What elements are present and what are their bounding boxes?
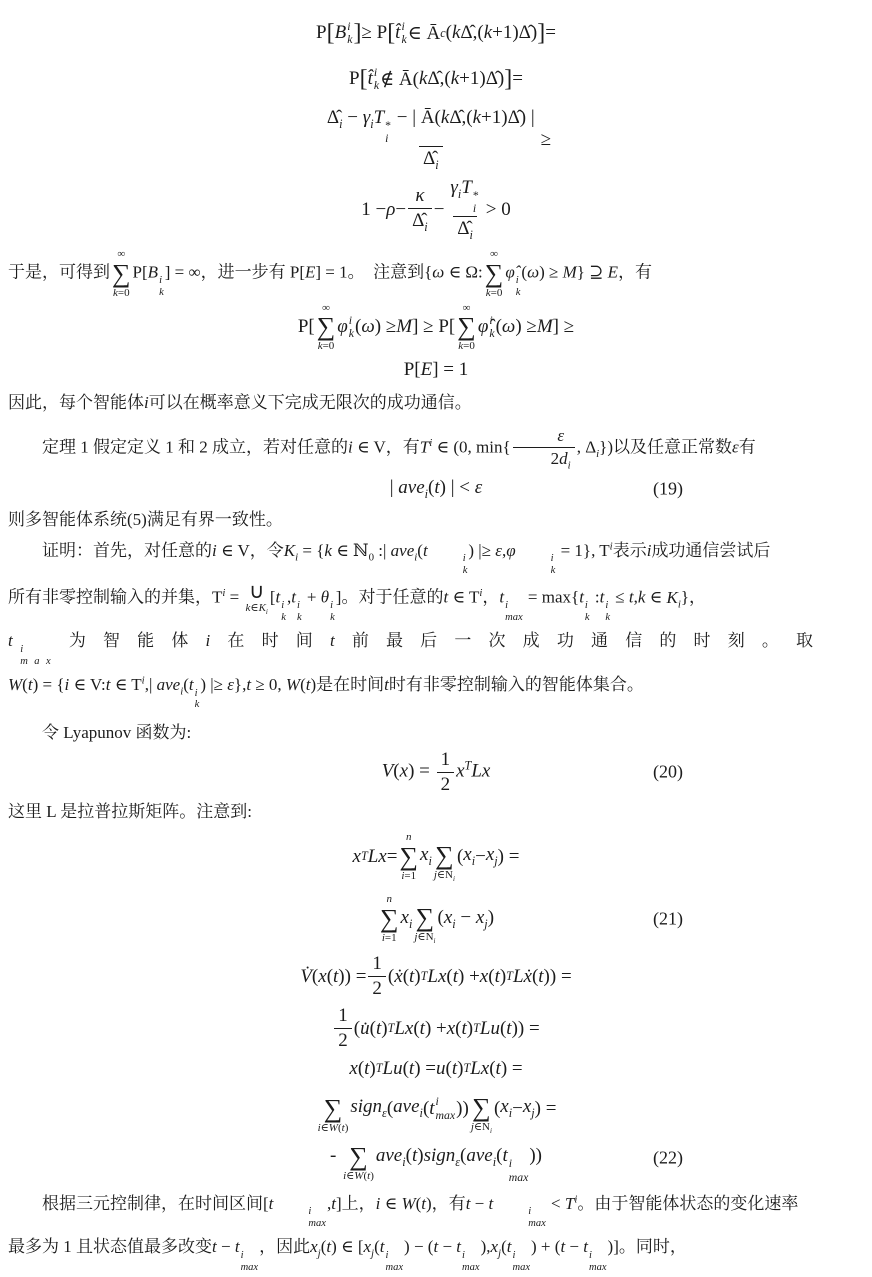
equation-prob-line-3: Δ̂i − γiT*i − | Ā(kΔ̂,(k+1)Δ̂) |Δ̂i ≥ — [8, 102, 864, 178]
paper-page: P[Bik] ≥ P[t̂ik ∈ Āc(kΔ̂,(k+1)Δ̂)] = P[t… — [0, 0, 872, 1273]
equation-phi-line-1: P[∞∑k=0φik(ω) ≥ M] ≥ P[∞∑k=0φ̂ik(ω) ≥ M]… — [8, 299, 864, 355]
paragraph-laplacian: 这里 L 是拉普拉斯矩阵。注意到: — [8, 798, 864, 825]
equation-22-body: - ∑i∈W(t)avei(t)signε(avei(timax)) — [330, 1131, 542, 1183]
equation-19-body: | avei(t) | < ε — [390, 477, 483, 502]
paragraph-union-set: 所有非零控制输入的并集，Ti = ∪k∈Ki[tik,tik + θik]。对于… — [8, 581, 864, 623]
equation-21-line-1: xTLx = n∑i=1xi ∑j∈Ni(xi − xj) = — [8, 826, 864, 888]
equation-prob-line-2: P[t̂ik ∉ Ā(kΔ̂,(k+1)Δ̂)] = — [8, 56, 864, 102]
equation-19-number: (19) — [653, 478, 683, 499]
equation-22-line-3: x(t)TLu(t) = u(t)TLx(t) = — [8, 1054, 864, 1084]
paragraph-theorem-1: 定理 1 假定定义 1 和 2 成立，若对任意的i ∈ V，有Ti ∈ (0, … — [8, 426, 864, 471]
equation-22-line-5: - ∑i∈W(t)avei(t)signε(avei(timax)) (22) — [8, 1134, 864, 1182]
paragraph-tmax: timax 为 智 能 体 i 在 时 间 t 前 最 后 一 次 成 功 通 … — [8, 627, 864, 667]
equation-21-number: (21) — [653, 908, 683, 929]
paragraph-ze: 则多智能体系统(5)满足有界一致性。 — [8, 506, 864, 533]
equation-phi-line-2: P[E] = 1 — [8, 355, 864, 385]
equation-prob-line-4: 1 − ρ − κΔ̂i − γiT*iΔ̂i > 0 — [8, 178, 864, 242]
equation-20: V(x) = 12xTLx (20) — [8, 746, 864, 798]
equation-21-line-2: n∑i=1xi ∑j∈Ni(xi − xj) (21) — [8, 888, 864, 950]
equation-20-body: V(x) = 12xTLx — [382, 749, 491, 796]
paragraph-state-bound: 最多为 1 且状态值最多改变t − timax，因此xj(t) ∈ [xj(ti… — [8, 1233, 864, 1273]
equation-22-line-1: V̇(x(t)) = 12(ẋ(t)TLx(t) + x(t)TLẋ(t))… — [8, 950, 864, 1004]
equation-20-number: (20) — [653, 762, 683, 783]
paragraph-ternary-control: 根据三元控制律，在时间区间[timax,t]上，i ∈ W(t)，有t − ti… — [8, 1190, 864, 1230]
equation-19: | avei(t) | < ε (19) — [8, 472, 864, 506]
paragraph-yushi: 于是，可得到∞∑k=0P[Bik] = ∞，进一步有 P[E] = 1。 注意到… — [8, 248, 864, 299]
paragraph-yinci: 因此，每个智能体i可以在概率意义下完成无限次的成功通信。 — [8, 389, 864, 416]
equation-22-number: (22) — [653, 1147, 683, 1168]
equation-22-line-4: ∑i∈W(t)signε(avei(timax)) ∑j∈Ni(xi − xj)… — [8, 1084, 864, 1134]
equation-21-body: n∑i=1xi ∑j∈Ni(xi − xj) — [378, 892, 494, 945]
paragraph-lyapunov: 令 Lyapunov 函数为: — [8, 719, 864, 746]
paragraph-wt-set: W(t) = {i ∈ V:t ∈ Ti,| avei(tik) |≥ ε},t… — [8, 671, 864, 711]
equation-prob-line-1: P[Bik] ≥ P[t̂ik ∈ Āc(kΔ̂,(k+1)Δ̂)] = — [8, 10, 864, 56]
equation-22-line-2: 12(u̇(t)TLx(t) + x(t)TLu(t)) = — [8, 1004, 864, 1054]
paragraph-proof: 证明：首先，对任意的i ∈ V，令Ki = {k ∈ ℕ0 :| avei(ti… — [8, 537, 864, 577]
